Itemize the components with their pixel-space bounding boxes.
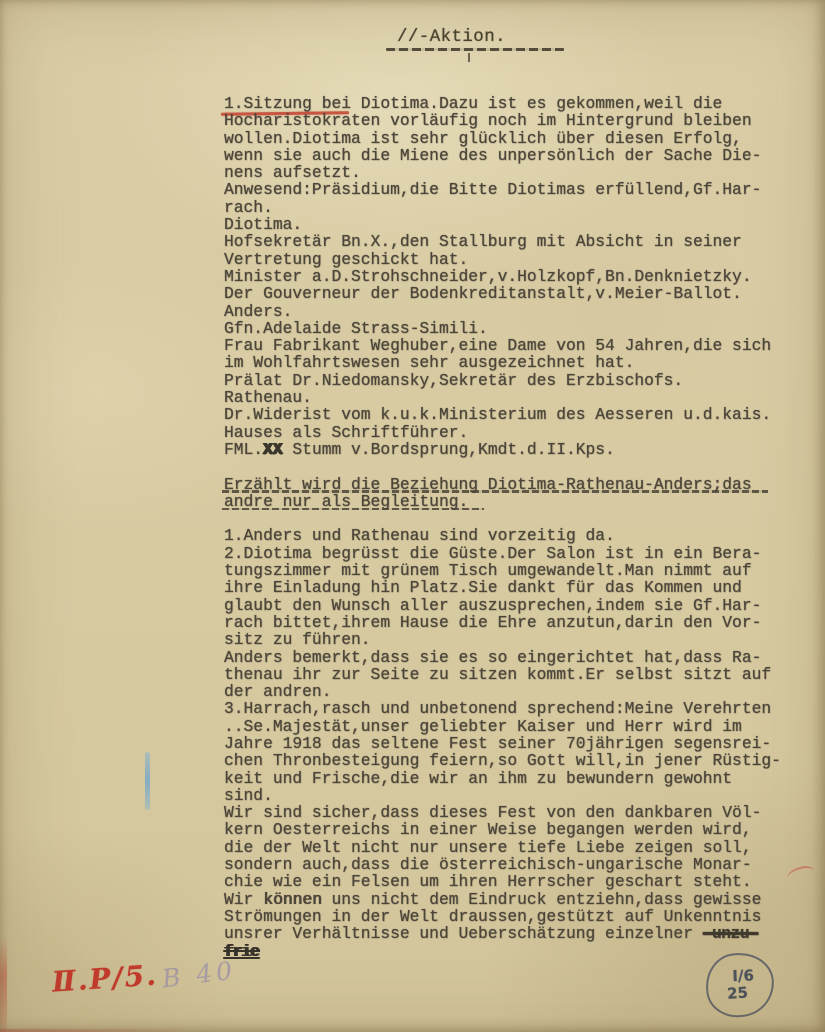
- page-title: //-Aktion.: [397, 27, 506, 47]
- blue-pencil-margin-mark: [145, 752, 150, 810]
- typed-run: keit und Frische,die wir an ihm zu bewun…: [224, 770, 732, 787]
- typed-run: Anwesend:Präsidium,die Bitte Diotimas er…: [224, 181, 761, 198]
- typed-run: Anders bemerkt,dass sie es so eingericht…: [224, 649, 761, 666]
- typed-line: nens aufsetzt.: [224, 164, 804, 181]
- typed-line: Minister a.D.Strohschneider,v.Holzkopf,B…: [224, 268, 804, 285]
- typed-run: Hofsekretär Bn.X.,den Stallburg mit Absi…: [224, 233, 742, 250]
- typed-line: [224, 458, 804, 475]
- typed-run: Hocharistokraten vorläufig noch im Hinte…: [224, 112, 752, 129]
- typed-run: [224, 510, 234, 527]
- typed-line: Der Gouverneur der Bodenkreditanstalt,v.…: [224, 285, 804, 302]
- typed-line: [224, 510, 804, 527]
- typed-run: Diotima.: [224, 216, 302, 233]
- stamp-signature-top: I/6: [732, 967, 754, 985]
- typed-line: andre nur als Begleitung.: [224, 493, 804, 510]
- typed-line: sondern auch,dass die österreichisch-ung…: [224, 856, 804, 873]
- typed-run: thenau ihr zur Seite zu sitzen kommt.Er …: [224, 666, 771, 683]
- typed-run: chen Thronbesteigung feiern,so Gott will…: [224, 752, 781, 769]
- typed-run: Der Gouverneur der Bodenkreditanstalt,v.…: [224, 285, 742, 302]
- typed-line: Rathenau.: [224, 389, 804, 406]
- typed-run: chie wie ein Felsen um ihren Herrscher g…: [224, 873, 752, 890]
- typed-line: tungszimmer mit grünem Tisch umgewandelt…: [224, 562, 804, 579]
- typed-run: [224, 458, 234, 475]
- typed-run: 1.Sitzung bei Diotima.Dazu ist es gekomm…: [224, 95, 722, 112]
- typed-run: der andren.: [224, 683, 331, 700]
- typed-line: chie wie ein Felsen um ihren Herrscher g…: [224, 873, 804, 890]
- typed-run: Minister a.D.Strohschneider,v.Holzkopf,B…: [224, 268, 752, 285]
- typed-line: im Wohlfahrtswesen sehr ausgezeichnet ha…: [224, 354, 804, 371]
- typed-run: 2.Diotima begrüsst die Güste.Der Salon i…: [224, 545, 761, 562]
- typed-line: 2.Diotima begrüsst die Güste.Der Salon i…: [224, 545, 804, 562]
- typed-line: sind.: [224, 787, 804, 804]
- typed-run: Jahre 1918 das seltene Fest seiner 70jäh…: [224, 735, 771, 752]
- title-dashed-underline: [386, 48, 564, 51]
- typed-line: wollen.Diotima ist sehr glücklich über d…: [224, 130, 804, 147]
- typed-line: Gfn.Adelaide Strass-Simili.: [224, 320, 804, 337]
- typed-run: Prälat Dr.Niedomansky,Sekretär des Erzbi…: [224, 372, 683, 389]
- typed-line: keit und Frische,die wir an ihm zu bewun…: [224, 770, 804, 787]
- typed-run: sitz zu führen.: [224, 631, 371, 648]
- typed-run: ihre Einladung hin Platz.Sie dankt für d…: [224, 579, 742, 596]
- typed-line: Hauses als Schriftführer.: [224, 424, 804, 441]
- typed-run: 3.Harrach,rasch und unbetonend sprechend…: [224, 700, 771, 717]
- typed-run: die der Welt nicht nur unsere tiefe Lieb…: [224, 839, 752, 856]
- typed-run: nens aufsetzt.: [224, 164, 361, 181]
- stamp-signature-bottom: 25: [727, 984, 749, 1002]
- typed-line: 1.Sitzung bei Diotima.Dazu ist es gekomm…: [224, 95, 804, 112]
- typed-run: Wir: [224, 891, 263, 908]
- typed-line: Diotima.: [224, 216, 804, 233]
- typed-line: kern Oesterreichs in einer Weise begange…: [224, 821, 804, 838]
- typed-run: rach.: [224, 199, 273, 216]
- typed-line: Anders.: [224, 303, 804, 320]
- typed-line: Jahre 1918 das seltene Fest seiner 70jäh…: [224, 735, 804, 752]
- typed-line: der andren.: [224, 683, 804, 700]
- typed-run: unsrer Verhältnisse und Ueberschätzung e…: [224, 925, 703, 942]
- title-tick-mark: [468, 53, 470, 62]
- typed-text: 1.Sitzung bei Diotima.Dazu ist es gekomm…: [224, 95, 804, 960]
- typed-run: Hauses als Schriftführer.: [224, 424, 468, 441]
- typed-run: Rathenau.: [224, 389, 312, 406]
- handwritten-red-classmark: Ⅱ.P/5.: [51, 958, 159, 998]
- typed-line: wenn sie auch die Miene des unpersönlich…: [224, 147, 804, 164]
- typed-run: tungszimmer mit grünem Tisch umgewandelt…: [224, 562, 752, 579]
- typed-run-struck: -unzu-: [703, 925, 759, 942]
- handwritten-pencil-note: B 40: [161, 956, 238, 994]
- typed-run-dashu: andre nur als Begleitung.: [224, 493, 468, 510]
- typed-line: die der Welt nicht nur unsere tiefe Lieb…: [224, 839, 804, 856]
- typed-line: Vertretung geschickt hat.: [224, 251, 804, 268]
- typed-line: 3.Harrach,rasch und unbetonend sprechend…: [224, 700, 804, 717]
- typed-line: Frau Fabrikant Weghuber,eine Dame von 54…: [224, 337, 804, 354]
- typed-run: wenn sie auch die Miene des unpersönlich…: [224, 147, 761, 164]
- typed-line: Erzählt wird die Beziehung Diotima-Rathe…: [224, 476, 804, 493]
- typed-line: Dr.Widerist vom k.u.k.Ministerium des Ae…: [224, 406, 804, 423]
- typed-run: ..Se.Majestät,unser geliebter Kaiser und…: [224, 718, 742, 735]
- typed-line: ihre Einladung hin Platz.Sie dankt für d…: [224, 579, 804, 596]
- typed-run: Dr.Widerist vom k.u.k.Ministerium des Ae…: [224, 406, 771, 423]
- typed-run: Strömungen in der Welt draussen,gestützt…: [224, 908, 761, 925]
- typed-run: im Wohlfahrtswesen sehr ausgezeichnet ha…: [224, 354, 634, 371]
- typed-line: Wir sind sicher,dass dieses Fest von den…: [224, 804, 804, 821]
- typed-line: thenau ihr zur Seite zu sitzen kommt.Er …: [224, 666, 804, 683]
- typed-run: sind.: [224, 787, 273, 804]
- typed-run-xover: XX: [263, 441, 283, 458]
- typed-line: rach bittet,ihrem Hause die Ehre anzutun…: [224, 614, 804, 631]
- typed-run: uns nicht dem Eindruck entziehn,dass gew…: [322, 891, 762, 908]
- typed-run: glaubt den Wunsch aller auszusprechen,in…: [224, 597, 761, 614]
- typed-run: Gfn.Adelaide Strass-Simili.: [224, 320, 488, 337]
- manuscript-page: //-Aktion. 1.Sitzung bei Diotima.Dazu is…: [0, 0, 825, 1032]
- typed-line: Wir können uns nicht dem Eindruck entzie…: [224, 891, 804, 908]
- typed-line: Anders bemerkt,dass sie es so eingericht…: [224, 649, 804, 666]
- edge-red-smear: [0, 938, 7, 1032]
- typed-run: rach bittet,ihrem Hause die Ehre anzutun…: [224, 614, 761, 631]
- typed-line: Prälat Dr.Niedomansky,Sekretär des Erzbi…: [224, 372, 804, 389]
- typed-line: frie: [224, 943, 804, 960]
- typed-run: sondern auch,dass die österreichisch-ung…: [224, 856, 752, 873]
- typed-run: Stumm v.Bordsprung,Kmdt.d.II.Kps.: [283, 441, 615, 458]
- typed-run: wollen.Diotima ist sehr glücklich über d…: [224, 130, 742, 147]
- typed-line: Anwesend:Präsidium,die Bitte Diotimas er…: [224, 181, 804, 198]
- typed-line: sitz zu führen.: [224, 631, 804, 648]
- typed-run: Wir sind sicher,dass dieses Fest von den…: [224, 804, 761, 821]
- typed-line: FML.XX Stumm v.Bordsprung,Kmdt.d.II.Kps.: [224, 441, 804, 458]
- typed-run-dashu: Erzählt wird die Beziehung Diotima-Rathe…: [224, 476, 752, 493]
- typed-line: glaubt den Wunsch aller auszusprechen,in…: [224, 597, 804, 614]
- typed-line: Strömungen in der Welt draussen,gestützt…: [224, 908, 804, 925]
- typed-run: Anders.: [224, 303, 292, 320]
- typed-line: unsrer Verhältnisse und Ueberschätzung e…: [224, 925, 804, 942]
- typed-line: Hofsekretär Bn.X.,den Stallburg mit Absi…: [224, 233, 804, 250]
- typed-run: kern Oesterreichs in einer Weise begange…: [224, 821, 752, 838]
- typed-run: Frau Fabrikant Weghuber,eine Dame von 54…: [224, 337, 771, 354]
- hand-drawn-circle-stamp: I/6 25: [704, 951, 776, 1020]
- typed-line: 1.Anders und Rathenau sind vorzeitig da.: [224, 527, 804, 544]
- typed-run: FML.: [224, 441, 263, 458]
- typed-line: rach.: [224, 199, 804, 216]
- typed-line: chen Thronbesteigung feiern,so Gott will…: [224, 752, 804, 769]
- typed-run: 1.Anders und Rathenau sind vorzeitig da.: [224, 527, 615, 544]
- typed-run-over: können: [263, 891, 322, 908]
- typed-line: ..Se.Majestät,unser geliebter Kaiser und…: [224, 718, 804, 735]
- typed-line: Hocharistokraten vorläufig noch im Hinte…: [224, 112, 804, 129]
- typed-run: Vertretung geschickt hat.: [224, 251, 468, 268]
